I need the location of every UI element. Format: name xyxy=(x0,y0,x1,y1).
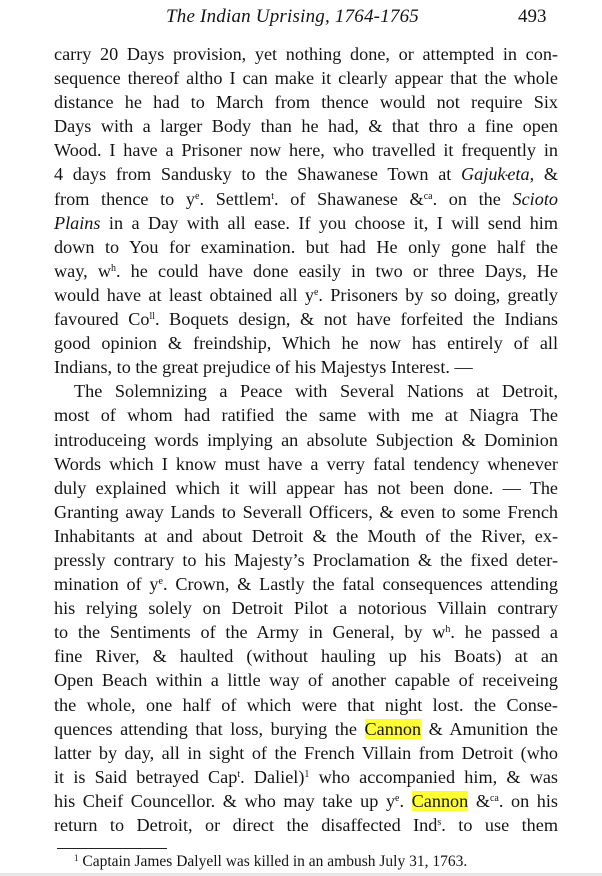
text-span: his Cheif Councellor. & who may take up … xyxy=(54,791,395,811)
text-line: fine River, & haulted (without hauling u… xyxy=(54,644,558,668)
text-span: quences attending that loss, burying the xyxy=(54,719,365,739)
text-span: mination of y xyxy=(54,574,159,594)
text-span: way, w xyxy=(54,261,111,281)
text-line: pressly contrary to his Majesty’s Procla… xyxy=(54,548,558,572)
running-header: The Indian Uprising, 1764-1765 493 xyxy=(0,6,602,30)
text-line: 4 days from Sandusky to the Shawanese To… xyxy=(54,162,558,186)
text-line: to the Sentiments of the Army in General… xyxy=(54,620,558,644)
text-span: who accompanied him, & was xyxy=(309,767,558,787)
text-line: carry 20 Days provision, yet nothing don… xyxy=(54,42,558,66)
text-line: latter by day, all in sight of the Frenc… xyxy=(54,741,558,765)
text-span: . Settlem xyxy=(199,189,271,209)
text-line: Granting away Lands to Severall Officers… xyxy=(54,500,558,524)
text-line: introduceing words implying an absolute … xyxy=(54,428,558,452)
text-span: , & xyxy=(530,164,558,184)
place-name: Plains xyxy=(54,213,100,233)
text-line: good opinion & freindship, Which he now … xyxy=(54,331,558,355)
text-line: way, wh. he could have done easily in tw… xyxy=(54,259,558,283)
text-line: Wood. I have a Prisoner now here, who tr… xyxy=(54,138,558,162)
paragraph-start: The Solemnizing a Peace with Several Nat… xyxy=(54,379,558,403)
text-line: favoured Coll. Boquets design, & not hav… xyxy=(54,307,558,331)
place-name: Scioto xyxy=(513,189,558,209)
page-number: 493 xyxy=(518,6,547,28)
text-span: in a Day with all ease. If you choose it… xyxy=(100,213,558,233)
text-span: . Crown, & Lastly the fatal consequences… xyxy=(163,574,558,594)
text-span: & Amunition the xyxy=(421,719,558,739)
text-span: . to use them xyxy=(441,815,558,835)
text-line: Words which I know must have a verry fat… xyxy=(54,452,558,476)
text-span: from thence to y xyxy=(54,189,195,209)
text-span: would have at least obtained all y xyxy=(54,285,314,305)
text-line: his Cheif Councellor. & who may take up … xyxy=(54,789,558,813)
text-line: most of whom had ratified the same with … xyxy=(54,403,558,427)
text-line: from thence to ye. Settlemt. of Shawanes… xyxy=(54,187,558,211)
text-line: quences attending that loss, burying the… xyxy=(54,717,558,741)
footnote-rule xyxy=(57,848,167,849)
text-span: it is Said betrayed Cap xyxy=(54,767,237,787)
search-highlight: Cannon xyxy=(412,791,469,811)
text-line: down to You for examination. but had He … xyxy=(54,235,558,259)
footnote: 1 Captain James Dalyell was killed in an… xyxy=(74,853,467,871)
text-line: mination of ye. Crown, & Lastly the fata… xyxy=(54,572,558,596)
text-span: . on his xyxy=(499,791,558,811)
text-line: duly explained which it will appear has … xyxy=(54,476,558,500)
text-line: sequence thereof altho I can make it cle… xyxy=(54,66,558,90)
footnote-text: Captain James Dalyell was killed in an a… xyxy=(79,853,468,870)
text-line: Days with a larger Body than he had, & t… xyxy=(54,114,558,138)
text-line: the whole, one half of which were that n… xyxy=(54,693,558,717)
text-line: distance he had to March from thence wou… xyxy=(54,90,558,114)
text-line: his relying solely on Detroit Pilot a no… xyxy=(54,596,558,620)
text-span: 4 days from Sandusky to the Shawanese To… xyxy=(54,164,461,184)
place-name: Gajukҽta xyxy=(461,164,530,184)
text-span: . xyxy=(400,791,412,811)
text-span: & xyxy=(468,791,490,811)
text-span: . he could have done easily in two or th… xyxy=(116,261,558,281)
text-line: return to Detroit, or direct the disaffe… xyxy=(54,813,558,837)
running-title: The Indian Uprising, 1764-1765 xyxy=(166,6,419,28)
text-line: Indians, to the great prejudice of his M… xyxy=(54,355,558,379)
text-span: . Boquets design, & not have forfeited t… xyxy=(155,309,558,329)
text-line: Open Beach within a little way of anothe… xyxy=(54,668,558,692)
text-span: to the Sentiments of the Army in General… xyxy=(54,622,445,642)
text-span: . Daliel) xyxy=(240,767,304,787)
search-highlight: Cannon xyxy=(365,719,422,739)
text-span: . on the xyxy=(433,189,513,209)
text-line: would have at least obtained all ye. Pri… xyxy=(54,283,558,307)
text-span: . he passed a xyxy=(450,622,558,642)
text-line: Inhabitants at and about Detroit & the M… xyxy=(54,524,558,548)
body-text: carry 20 Days provision, yet nothing don… xyxy=(54,42,558,837)
superscript: ca xyxy=(490,793,499,804)
text-span: . of Shawanese & xyxy=(274,189,424,209)
text-span: . Prisoners by so doing, greatly xyxy=(318,285,558,305)
superscript: ca xyxy=(424,191,433,202)
text-line: Plains in a Day with all ease. If you ch… xyxy=(54,211,558,235)
text-line: it is Said betrayed Capt. Daliel)1 who a… xyxy=(54,765,558,789)
text-span: return to Detroit, or direct the disaffe… xyxy=(54,815,437,835)
text-span: favoured Co xyxy=(54,309,149,329)
